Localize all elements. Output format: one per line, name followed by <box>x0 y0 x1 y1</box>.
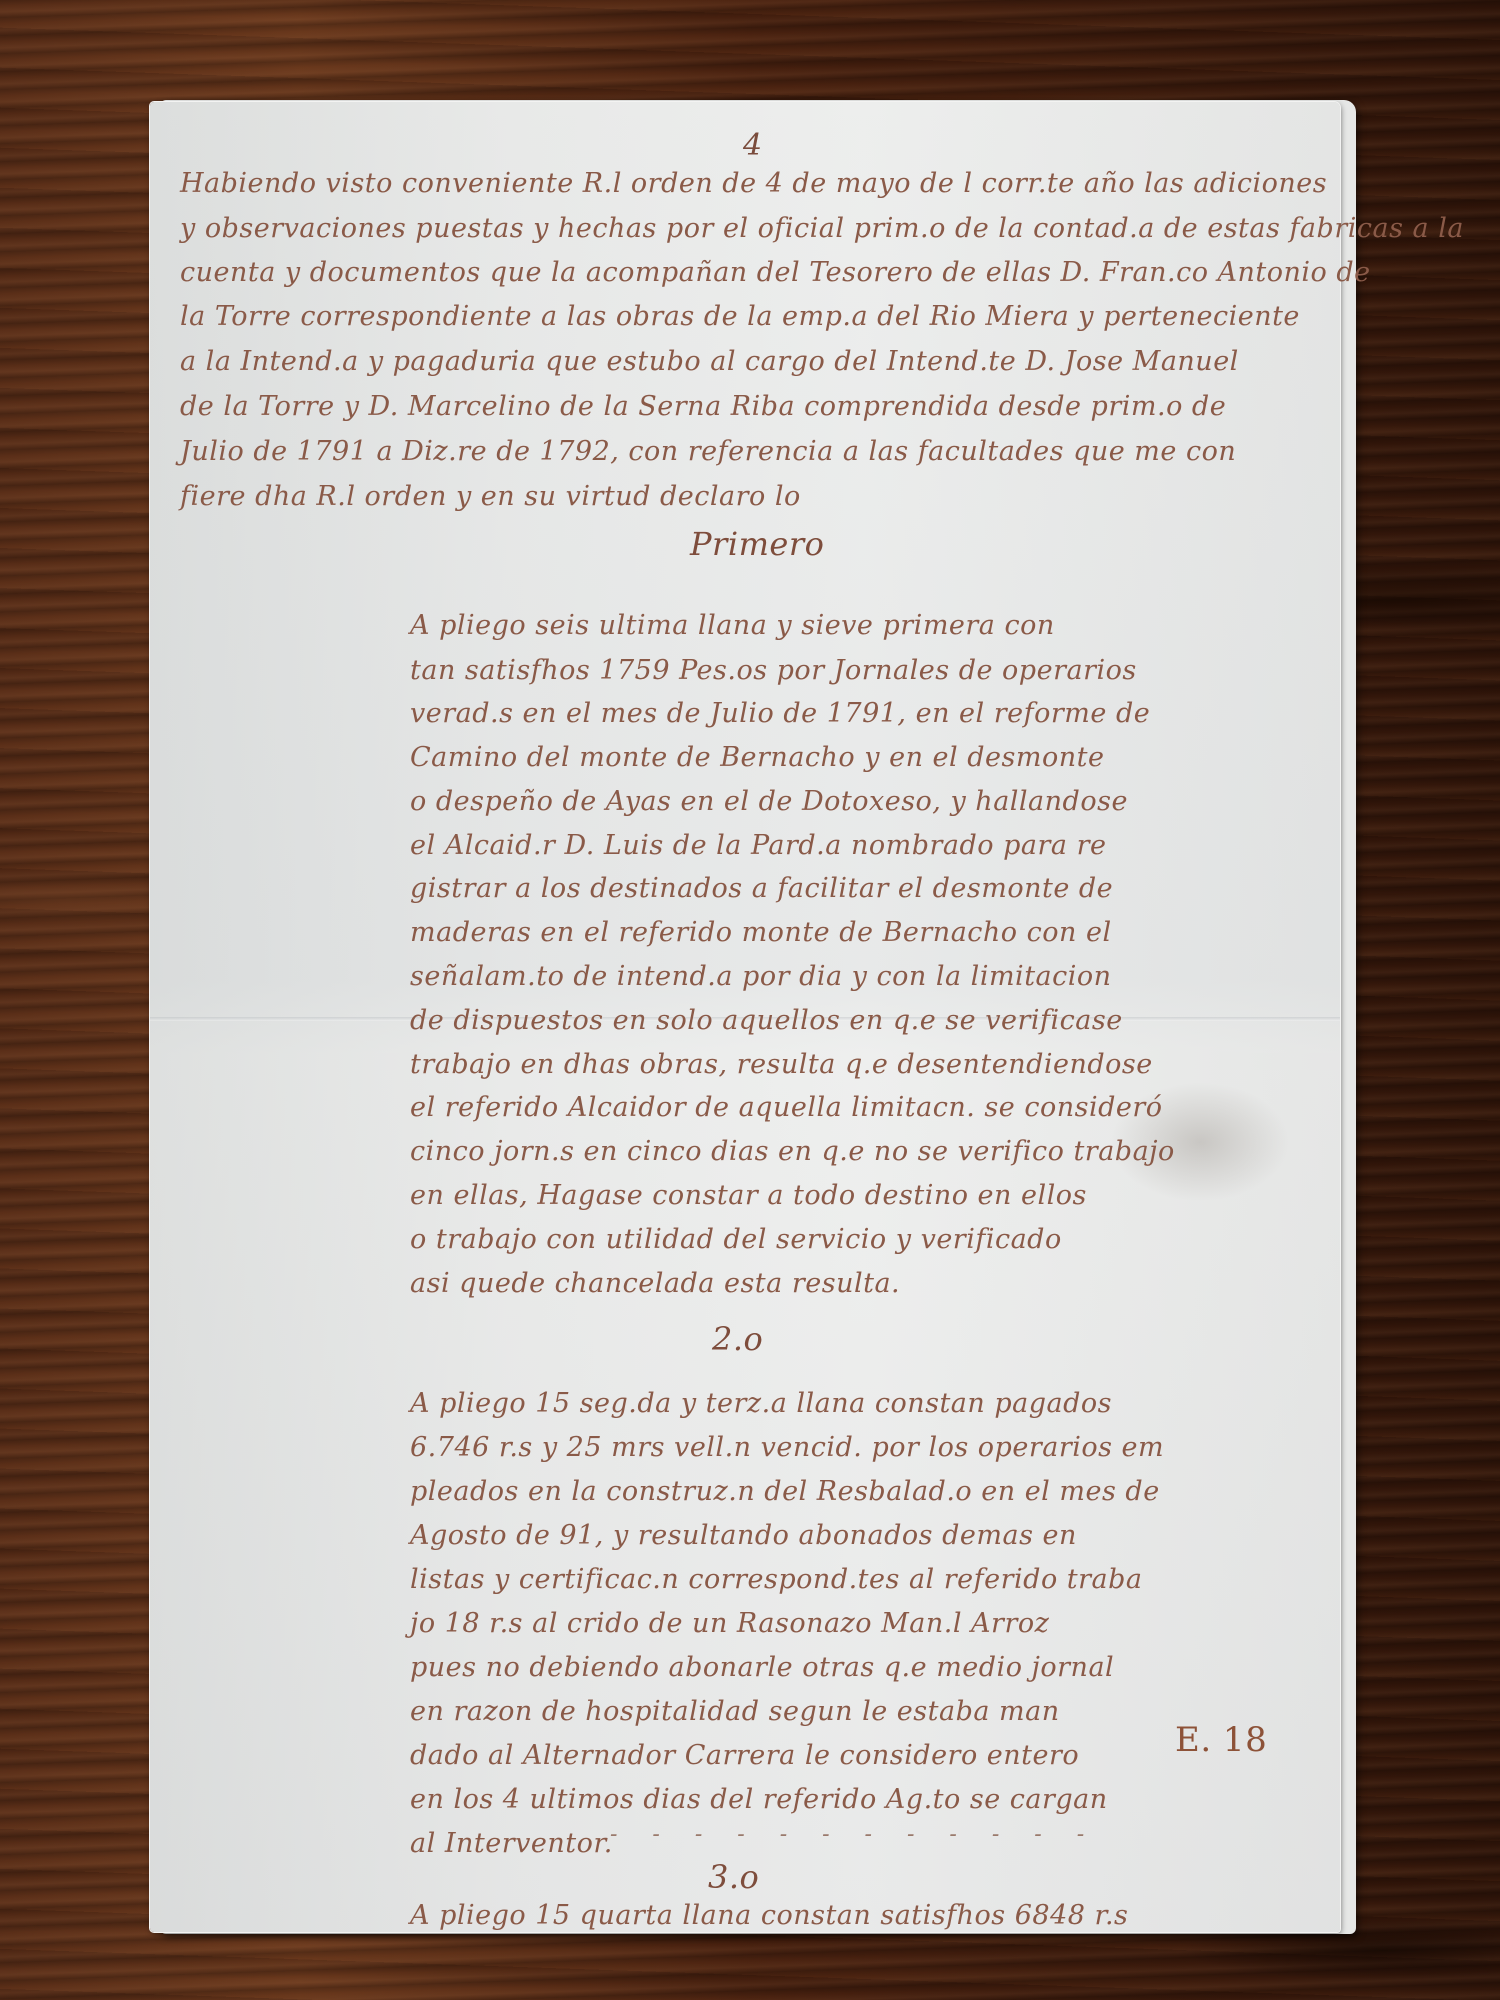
section-2-line: jo 18 r.s al crido de un Rasonazo Man.l … <box>410 1608 1049 1639</box>
section-2-line: en los 4 ultimos dias del referido Ag.to… <box>410 1784 1108 1815</box>
section-1-line: o despeño de Ayas en el de Dotoxeso, y h… <box>410 786 1128 817</box>
section-1-line: asi quede chancelada esta resulta. <box>410 1268 900 1299</box>
section-2-line: pleados en la construz.n del Resbalad.o … <box>410 1476 1160 1507</box>
section-1-line: el Alcaid.r D. Luis de la Pard.a nombrad… <box>410 830 1106 861</box>
intro-line: la Torre correspondiente a las obras de … <box>180 301 1300 332</box>
section-1-line: señalam.to de intend.a por dia y con la … <box>410 961 1112 992</box>
section-1-line: maderas en el referido monte de Bernacho… <box>410 917 1112 948</box>
intro-line: a la Intend.a y pagaduria que estubo al … <box>180 346 1239 377</box>
section-heading-2: 2.o <box>712 1320 763 1358</box>
section-1-line: de dispuestos en solo aquellos en q.e se… <box>410 1005 1123 1036</box>
section-heading-3: 3.o <box>708 1858 759 1896</box>
section-2-filler-dots: - - - - - - - - - - - - <box>610 1822 1098 1847</box>
section-2-line: dado al Alternador Carrera le considero … <box>410 1740 1079 1771</box>
intro-line: cuenta y documentos que la acompañan del… <box>180 257 1371 288</box>
section-2-line: 6.746 r.s y 25 mrs vell.n vencid. por lo… <box>410 1432 1164 1463</box>
section-2-line: A pliego 15 seg.da y terz.a llana consta… <box>410 1388 1112 1419</box>
intro-line: fiere dha R.l orden y en su virtud decla… <box>180 481 801 512</box>
intro-line: de la Torre y D. Marcelino de la Serna R… <box>180 391 1226 422</box>
section-heading-primero: Primero <box>690 525 824 563</box>
section-1-line: en ellas, Hagase constar a todo destino … <box>410 1180 1087 1211</box>
folio-mark: 4 <box>743 128 763 163</box>
section-1-line: verad.s en el mes de Julio de 1791, en e… <box>410 698 1150 729</box>
reference-number: E. 18 <box>1175 1720 1267 1760</box>
section-1-line: cinco jorn.s en cinco dias en q.e no se … <box>410 1136 1175 1167</box>
section-2-line: al Interventor. <box>410 1828 613 1859</box>
section-1-line: gistrar a los destinados a facilitar el … <box>410 873 1113 904</box>
section-2-line: Agosto de 91, y resultando abonados dema… <box>410 1520 1077 1551</box>
section-2-line: en razon de hospitalidad segun le estaba… <box>410 1696 1060 1727</box>
section-3-line: A pliego 15 quarta llana constan satisfh… <box>410 1900 1128 1931</box>
section-1-line: tan satisfhos 1759 Pes.os por Jornales d… <box>410 655 1137 686</box>
section-1-line: trabajo en dhas obras, resulta q.e desen… <box>410 1049 1153 1080</box>
section-1-line: el referido Alcaidor de aquella limitacn… <box>410 1092 1163 1123</box>
section-1-line: A pliego seis ultima llana y sieve prime… <box>410 610 1055 641</box>
section-2-line: pues no debiendo abonarle otras q.e medi… <box>410 1652 1114 1683</box>
intro-line: Julio de 1791 a Diz.re de 1792, con refe… <box>180 436 1236 467</box>
intro-line: Habiendo visto conveniente R.l orden de … <box>180 168 1327 199</box>
section-2-line: listas y certificac.n correspond.tes al … <box>410 1564 1143 1595</box>
intro-line: y observaciones puestas y hechas por el … <box>180 213 1464 244</box>
section-1-line: o trabajo con utilidad del servicio y ve… <box>410 1224 1062 1255</box>
section-1-line: Camino del monte de Bernacho y en el des… <box>410 742 1104 773</box>
